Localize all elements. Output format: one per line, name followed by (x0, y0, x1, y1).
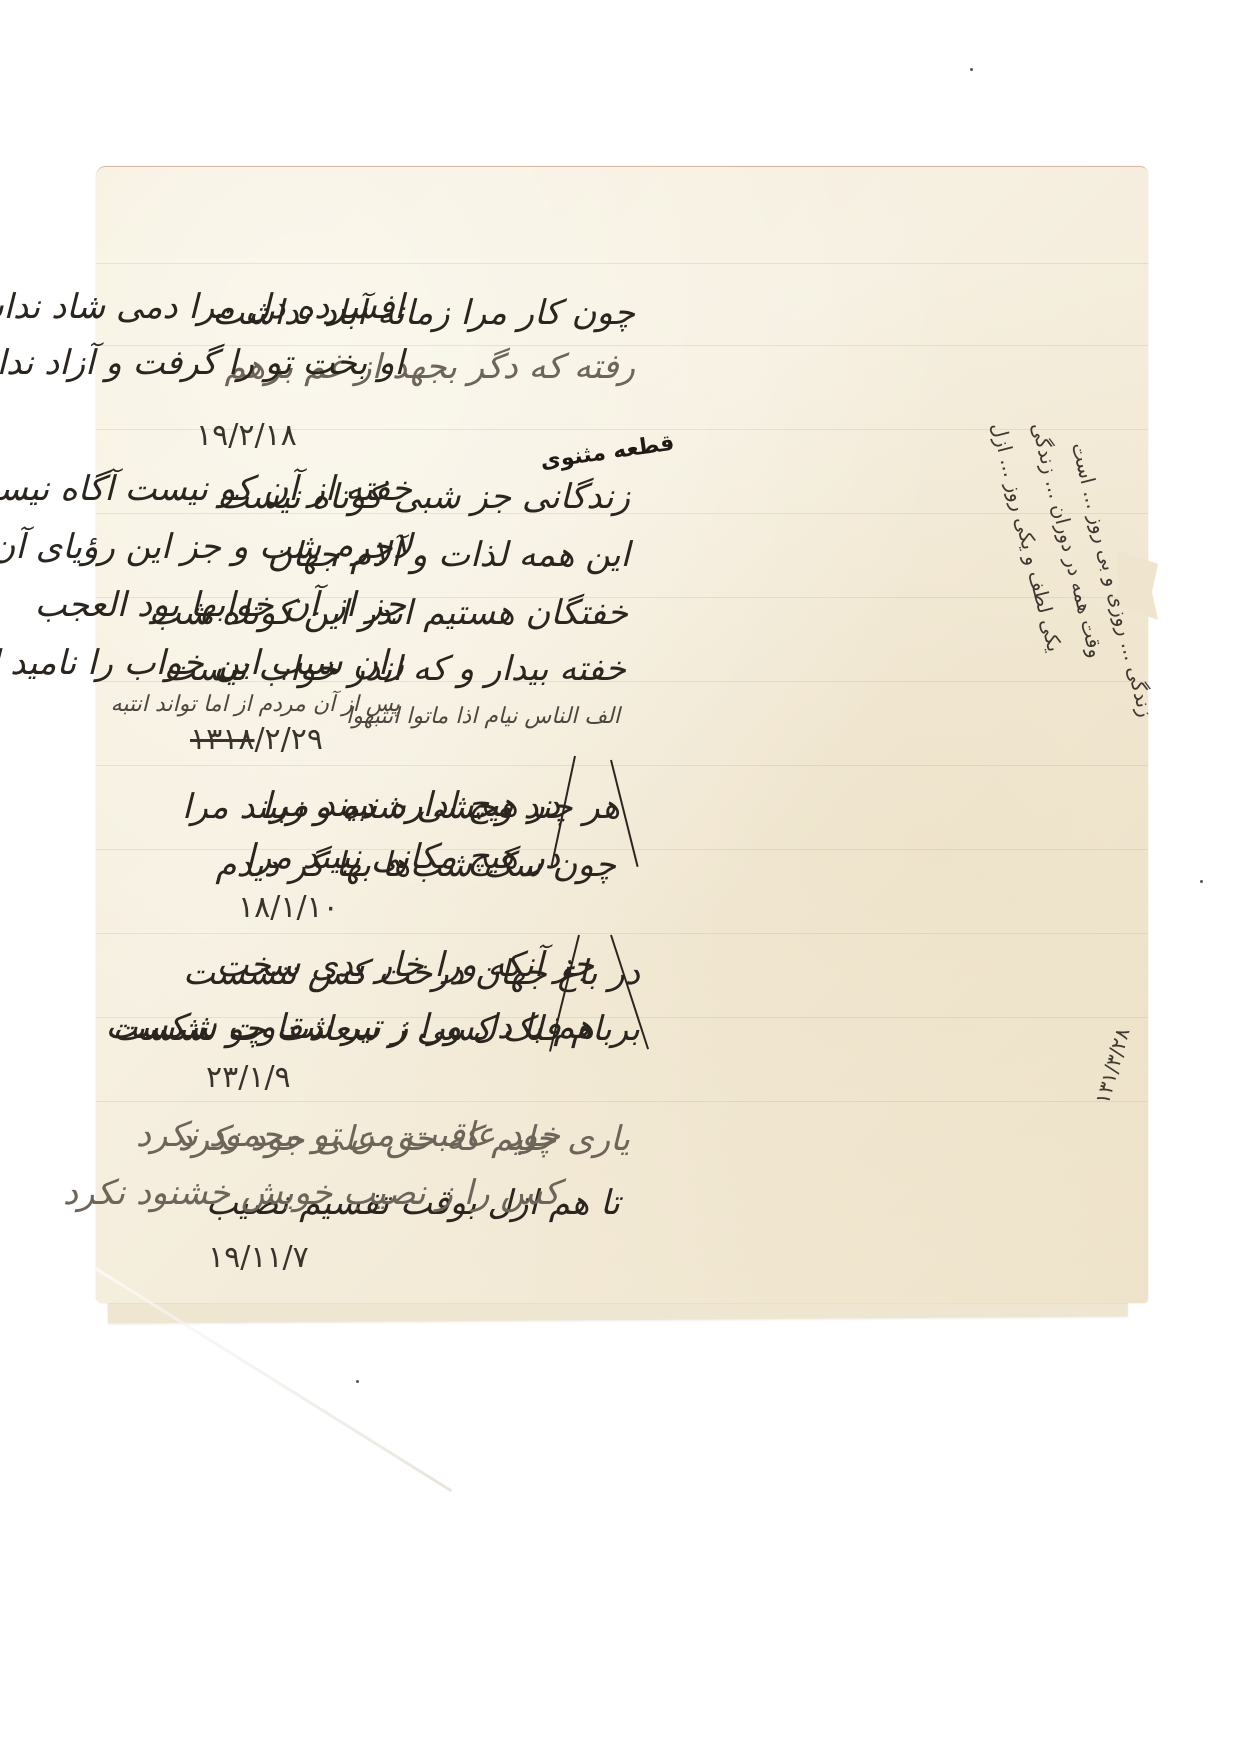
ruled-line (96, 933, 1148, 934)
speck (970, 68, 973, 71)
ruled-line (96, 1101, 1148, 1102)
date-note: ۱۸/۱/۱۰ (238, 890, 339, 925)
date-rest: /۲/۲۹ (254, 722, 323, 757)
speck (1200, 880, 1203, 883)
note-line: پس از آن مردم از اما تواند انتبه (111, 694, 400, 716)
verse-line: هم با دل ورا ز تیر شقاوت شکست (105, 1010, 594, 1044)
ruled-line (96, 263, 1148, 264)
verse-line: کس را ز نصیب خویش خشنود نکرد (63, 1176, 560, 1210)
date-note: ۲۳/۱/۹ (206, 1060, 291, 1095)
verse-line: جز آنکه ورا خار بدی سخت (216, 948, 594, 982)
date-note: ۱۳۱۸/۲/۲۹ (190, 722, 323, 757)
verse-line: جز از آن خوابها بود العجب (35, 588, 406, 622)
verse-line: او بخت تو را گرفت و آزاد نداشت (0, 346, 404, 380)
date-note: ۱۹/۱۱/۷ (208, 1240, 309, 1275)
verse-line: افسرده دل مرا دمی شاد نداشت (0, 290, 404, 324)
struck-year: ۱۳۱۸ (190, 722, 254, 757)
date-note: ۱۹/۲/۱۸ (196, 418, 297, 453)
speck (356, 1380, 359, 1383)
verse-line: لاجرم شب و جز این رؤیای آن (0, 530, 412, 564)
verse-line: در هیچ اداره نبیند مرا (262, 788, 560, 822)
verse-line: خود عاقبت من تو محمود نکرد (136, 1118, 560, 1152)
verse-line: خفته از آن کو نیست آگاه نیست (0, 472, 412, 506)
ruled-line (96, 765, 1148, 766)
fold-crease (94, 1267, 452, 1492)
verse-line: در هیچ مکانی نبیند مرا (245, 840, 560, 874)
verse-line: زان سبب این خواب را نامید است (0, 646, 404, 680)
